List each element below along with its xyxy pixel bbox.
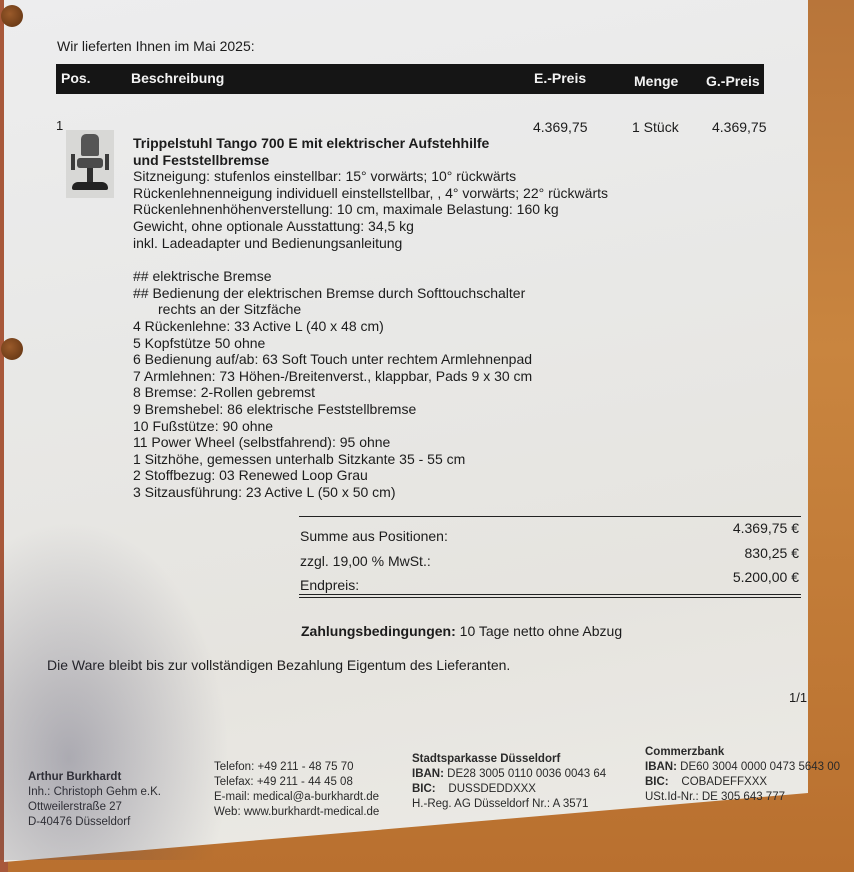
spec-line: Rückenlehnenhöhenverstellung: 10 cm, max… [133, 201, 693, 218]
bank1-iban-label: IBAN: [412, 768, 444, 780]
product-description: Trippelstuhl Tango 700 E mit elektrische… [133, 135, 693, 500]
bank1-bic: DUSSDEDDXXX [448, 783, 536, 795]
row-unit-price: 4.369,75 [533, 119, 588, 135]
footer-contact: Telefon: +49 211 - 48 75 70 Telefax: +49… [214, 760, 379, 820]
product-title-line: und Feststellbremse [133, 152, 693, 169]
option-line: 4 Rückenlehne: 33 Active L (40 x 48 cm) [133, 318, 693, 335]
totals-block: Summe aus Positionen: 4.369,75 € zzgl. 1… [299, 516, 801, 598]
header-pos: Pos. [61, 70, 91, 86]
option-line: 5 Kopfstütze 50 ohne [133, 335, 693, 352]
product-title-line: Trippelstuhl Tango 700 E mit elektrische… [133, 135, 693, 152]
note-line: ## elektrische Bremse [133, 268, 693, 285]
contact-web[interactable]: Web: www.burkhardt-medical.de [214, 805, 379, 820]
final-value: 5.200,00 € [733, 569, 799, 585]
bank1-iban: DE28 3005 0110 0036 0043 64 [447, 768, 606, 780]
double-underline [299, 594, 801, 598]
company-city: D-40476 Düsseldorf [28, 815, 161, 830]
payment-terms: Zahlungsbedingungen: 10 Tage netto ohne … [301, 623, 622, 639]
option-line: 10 Fußstütze: 90 ohne [133, 418, 693, 435]
vat-row: zzgl. 19,00 % MwSt.: 830,25 € [299, 542, 801, 567]
option-line: 11 Power Wheel (selbstfahrend): 95 ohne [133, 434, 693, 451]
spec-line: inkl. Ladeadapter und Bedienungsanleitun… [133, 235, 693, 252]
retention-notice: Die Ware bleibt bis zur vollständigen Be… [47, 657, 510, 673]
note-line: rechts an der Sitzfäche [133, 301, 693, 318]
footer-bank1: Stadtsparkasse Düsseldorf IBAN: DE28 300… [412, 752, 606, 812]
row-pos: 1 [56, 118, 63, 133]
vat-value: 830,25 € [745, 545, 800, 561]
bank2-iban-label: IBAN: [645, 761, 677, 773]
punch-hole-icon [1, 338, 23, 360]
subtotal-value: 4.369,75 € [733, 520, 799, 536]
page-number: 1/1 [789, 690, 807, 705]
bank2-iban: DE60 3004 0000 0473 5643 00 [680, 761, 840, 773]
spec-line: Sitzneigung: stufenlos einstellbar: 15° … [133, 168, 693, 185]
footer-company: Arthur Burkhardt Inh.: Christoph Gehm e.… [28, 770, 161, 830]
footer-bank2: Commerzbank IBAN: DE60 3004 0000 0473 56… [645, 745, 840, 805]
payment-terms-label: Zahlungsbedingungen: [301, 623, 456, 639]
company-street: Ottweilerstraße 27 [28, 800, 161, 815]
bank2-vat-id: USt.Id-Nr.: DE 305 643 777 [645, 790, 840, 805]
note-line: ## Bedienung der elektrischen Bremse dur… [133, 285, 693, 302]
option-line: 3 Sitzausführung: 23 Active L (50 x 50 c… [133, 484, 693, 501]
bank2-bic: COBADEFFXXX [681, 776, 767, 788]
bank1-bic-label: BIC: [412, 783, 436, 795]
header-quantity: Menge [634, 73, 678, 89]
company-owner: Inh.: Christoph Gehm e.K. [28, 785, 161, 800]
option-line: 2 Stoffbezug: 03 Renewed Loop Grau [133, 467, 693, 484]
header-unit-price: E.-Preis [534, 70, 586, 86]
office-chair-icon [66, 130, 114, 198]
final-label: Endpreis: [300, 577, 359, 593]
header-total-price: G.-Preis [706, 73, 760, 89]
row-total-price: 4.369,75 [712, 119, 767, 135]
header-description: Beschreibung [131, 70, 224, 86]
option-line: 6 Bedienung auf/ab: 63 Soft Touch unter … [133, 351, 693, 368]
contact-email[interactable]: E-mail: medical@a-burkhardt.de [214, 790, 379, 805]
option-line: 1 Sitzhöhe, gemessen unterhalb Sitzkante… [133, 451, 693, 468]
bank1-register: H.-Reg. AG Düsseldorf Nr.: A 3571 [412, 797, 606, 812]
row-quantity: 1 Stück [632, 119, 679, 135]
bank2-name: Commerzbank [645, 745, 840, 760]
option-line: 9 Bremshebel: 86 elektrische Feststellbr… [133, 401, 693, 418]
subtotal-row: Summe aus Positionen: 4.369,75 € [299, 517, 801, 542]
delivery-intro: Wir lieferten Ihnen im Mai 2025: [57, 38, 255, 54]
company-name: Arthur Burkhardt [28, 770, 161, 785]
final-row: Endpreis: 5.200,00 € [299, 566, 801, 591]
payment-terms-value: 10 Tage netto ohne Abzug [460, 623, 622, 639]
spec-line: Gewicht, ohne optionale Ausstattung: 34,… [133, 218, 693, 235]
bank1-name: Stadtsparkasse Düsseldorf [412, 752, 606, 767]
punch-hole-icon [1, 5, 23, 27]
spec-line: Rückenlehnenneigung individuell einstell… [133, 185, 693, 202]
contact-fax: Telefax: +49 211 - 44 45 08 [214, 775, 379, 790]
option-line: 8 Bremse: 2-Rollen gebremst [133, 384, 693, 401]
option-line: 7 Armlehnen: 73 Höhen-/Breitenverst., kl… [133, 368, 693, 385]
table-header: Pos. Beschreibung E.-Preis Menge G.-Prei… [56, 64, 764, 94]
bank2-bic-label: BIC: [645, 776, 669, 788]
contact-phone: Telefon: +49 211 - 48 75 70 [214, 760, 379, 775]
